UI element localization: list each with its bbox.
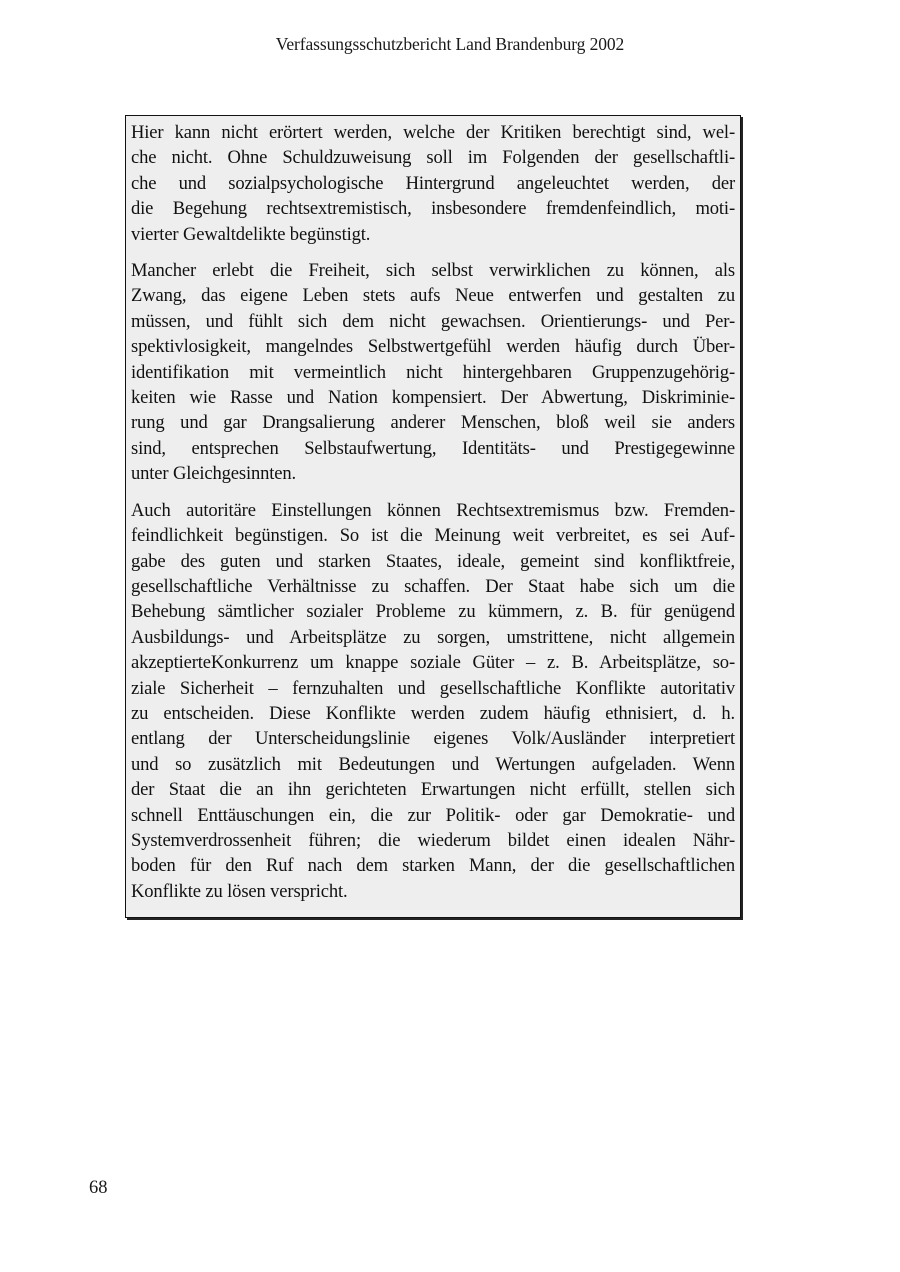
text-line: ziale Sicherheit – fernzuhalten und gese… xyxy=(131,676,735,701)
text-line: Ausbildungs- und Arbeitsplätze zu sorgen… xyxy=(131,625,735,650)
text-line: die Begehung rechtsextremistisch, insbes… xyxy=(131,196,735,221)
text-line: Konflikte zu lösen verspricht. xyxy=(131,879,735,904)
text-line: müssen, und fühlt sich dem nicht gewachs… xyxy=(131,309,735,334)
text-line: gesellschaftliche Verhältnisse zu schaff… xyxy=(131,574,735,599)
text-line: che und sozialpsychologische Hintergrund… xyxy=(131,171,735,196)
text-line: che nicht. Ohne Schuldzuweisung soll im … xyxy=(131,145,735,170)
text-line: keiten wie Rasse und Nation kompensiert.… xyxy=(131,385,735,410)
running-header: Verfassungsschutzbericht Land Brandenbur… xyxy=(0,34,900,55)
text-line: rung und gar Drangsalierung anderer Mens… xyxy=(131,410,735,435)
text-line: Zwang, das eigene Leben stets aufs Neue … xyxy=(131,283,735,308)
text-line: schnell Enttäuschungen ein, die zur Poli… xyxy=(131,803,735,828)
text-line: gabe des guten und starken Staates, idea… xyxy=(131,549,735,574)
text-line: Systemverdrossenheit führen; die wiederu… xyxy=(131,828,735,853)
text-line: unter Gleichgesinnten. xyxy=(131,461,735,486)
paragraph-2: Mancher erlebt die Freiheit, sich selbst… xyxy=(131,258,735,487)
paragraph-1: Hier kann nicht erörtert werden, welche … xyxy=(131,120,735,247)
text-line: spektivlosigkeit, mangelndes Selbstwertg… xyxy=(131,334,735,359)
paragraph-3: Auch autoritäre Einstellungen können Rec… xyxy=(131,498,735,905)
text-line: akzeptierteKonkurrenz um knappe soziale … xyxy=(131,650,735,675)
highlighted-text-box: Hier kann nicht erörtert werden, welche … xyxy=(125,115,741,918)
page-number: 68 xyxy=(89,1178,108,1199)
text-line: identifikation mit vermeintlich nicht hi… xyxy=(131,360,735,385)
text-line: Mancher erlebt die Freiheit, sich selbst… xyxy=(131,258,735,283)
text-line: boden für den Ruf nach dem starken Mann,… xyxy=(131,853,735,878)
text-line: Hier kann nicht erörtert werden, welche … xyxy=(131,120,735,145)
text-line: Behebung sämtlicher sozialer Probleme zu… xyxy=(131,599,735,624)
text-line: entlang der Unterscheidungslinie eigenes… xyxy=(131,726,735,751)
text-line: sind, entsprechen Selbstaufwertung, Iden… xyxy=(131,436,735,461)
text-line: Auch autoritäre Einstellungen können Rec… xyxy=(131,498,735,523)
text-line: der Staat die an ihn gerichteten Erwartu… xyxy=(131,777,735,802)
text-line: und so zusätzlich mit Bedeutungen und We… xyxy=(131,752,735,777)
text-line: zu entscheiden. Diese Konflikte werden z… xyxy=(131,701,735,726)
text-line: vierter Gewaltdelikte begünstigt. xyxy=(131,222,735,247)
text-line: feindlichkeit begünstigen. So ist die Me… xyxy=(131,523,735,548)
